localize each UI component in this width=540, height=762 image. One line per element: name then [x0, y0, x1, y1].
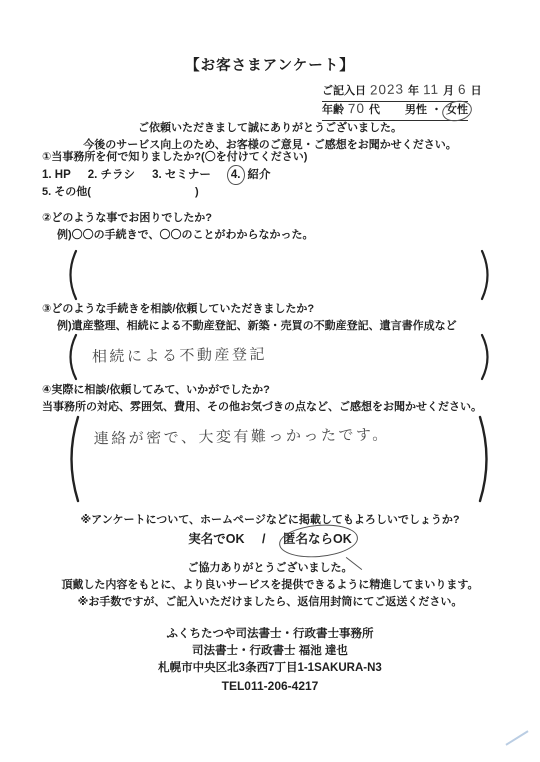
publish-question: ※アンケートについて、ホームページなどに掲載してもよろしいでしょうか? [0, 514, 540, 528]
footer-phone: TEL011-206-4217 [0, 679, 540, 694]
closing-line-2: 頂戴した内容をもとに、より良いサービスを提供できるように精進してまいります。 [0, 579, 540, 593]
q1-question: ①当事務所を何で知りましたか?(〇を付けてください) [42, 151, 307, 165]
q3-bracket-left-icon [64, 333, 78, 381]
publish-separator: / [262, 532, 265, 546]
publish-anonymous-label: 匿名ならOK [283, 532, 352, 546]
gender-male-label: 男性 [405, 104, 427, 118]
q2-example: 例)〇〇の手続きで、〇〇のことがわからなかった。 [57, 229, 313, 243]
fill-date-label: ご記入日 [322, 85, 366, 99]
intro-line-1: ご依頼いただきまして誠にありがとうございました。 [0, 122, 540, 136]
month-unit-label: 月 [443, 85, 454, 99]
q4-bracket-left-icon [64, 415, 80, 503]
q2-answer-area [64, 249, 494, 301]
handwritten-age: 70 [348, 101, 366, 118]
q3-answer-text: 相続による不動産登記 [78, 330, 481, 384]
q1-option-2: 2. チラシ [88, 168, 135, 182]
handwritten-day: 6 [458, 82, 467, 99]
q3-answer-area: 相続による不動産登記 [64, 333, 494, 381]
q2-bracket-right-icon [480, 249, 494, 301]
age-gender-line: 年齢 70 代 男性 ・ 女性 [322, 101, 468, 121]
q3-bracket-right-icon [480, 333, 494, 381]
footer-office-name: ふくちたつや司法書士・行政書士事務所 [0, 627, 540, 641]
handwritten-month: 11 [423, 82, 440, 99]
q1-option-5-close: ) [195, 186, 199, 198]
footer-person-name: 司法書士・行政書士 福池 達也 [0, 644, 540, 658]
handwritten-year: 2023 [370, 81, 405, 99]
q4-question: ④実際に相談/依頼してみて、いかがでしたか? [42, 384, 270, 398]
q4-answer-area: 連絡が密で、大変有難っかったです。 [64, 415, 494, 503]
gender-female-option: 女性 [446, 104, 468, 118]
q1-option-5-row: 5. その他( ) [42, 186, 199, 200]
day-unit-label: 日 [471, 85, 482, 99]
q2-question: ②どのような事でお困りでしたか? [42, 212, 212, 226]
q1-option-1: 1. HP [42, 168, 71, 182]
age-label: 年齢 [322, 104, 344, 118]
q1-option-4-label: 紹介 [247, 168, 270, 182]
age-unit-label: 代 [369, 104, 380, 118]
closing-line-3: ※お手数ですが、ご記入いただけましたら、返信用封筒にてご返送ください。 [0, 596, 540, 610]
q1-option-3: 3. セミナー [152, 168, 211, 182]
q1-option-4: 4. [231, 168, 241, 182]
footer-address: 札幌市中央区北3条西7丁目1-1SAKURA-N3 [0, 661, 540, 675]
q1-options-row: 1. HP 2. チラシ 3. セミナー 4. 紹介 [42, 168, 270, 182]
scan-artifact-mark [505, 730, 528, 745]
q4-answer-text: 連絡が密で、大変有難っかったです。 [79, 412, 478, 506]
publish-real-name-option: 実名でOK [188, 532, 244, 546]
closing-line-1: ご協力ありがとうございました。 [0, 562, 540, 576]
fill-date-line: ご記入日 2023 年 11 月 6 日 [322, 82, 468, 102]
year-unit-label: 年 [408, 85, 419, 99]
q1-option-4-number: 4. [231, 169, 241, 181]
q2-bracket-left-icon [64, 249, 78, 301]
publish-anonymous-option: 匿名ならOK [283, 532, 352, 548]
q4-bracket-right-icon [478, 415, 494, 503]
gender-female-label: 女性 [446, 104, 468, 116]
q3-question: ③どのような手続きを相談/依頼していただきましたか? [42, 303, 314, 317]
gender-separator: ・ [431, 104, 442, 118]
q1-option-5-open: 5. その他( [42, 186, 91, 198]
publish-options-row: 実名でOK / 匿名ならOK [0, 532, 540, 548]
page-title: 【お客さまアンケート】 [0, 57, 540, 75]
q2-answer-text [78, 246, 481, 304]
survey-page: 【お客さまアンケート】 ご記入日 2023 年 11 月 6 日 年齢 70 代… [0, 0, 540, 762]
